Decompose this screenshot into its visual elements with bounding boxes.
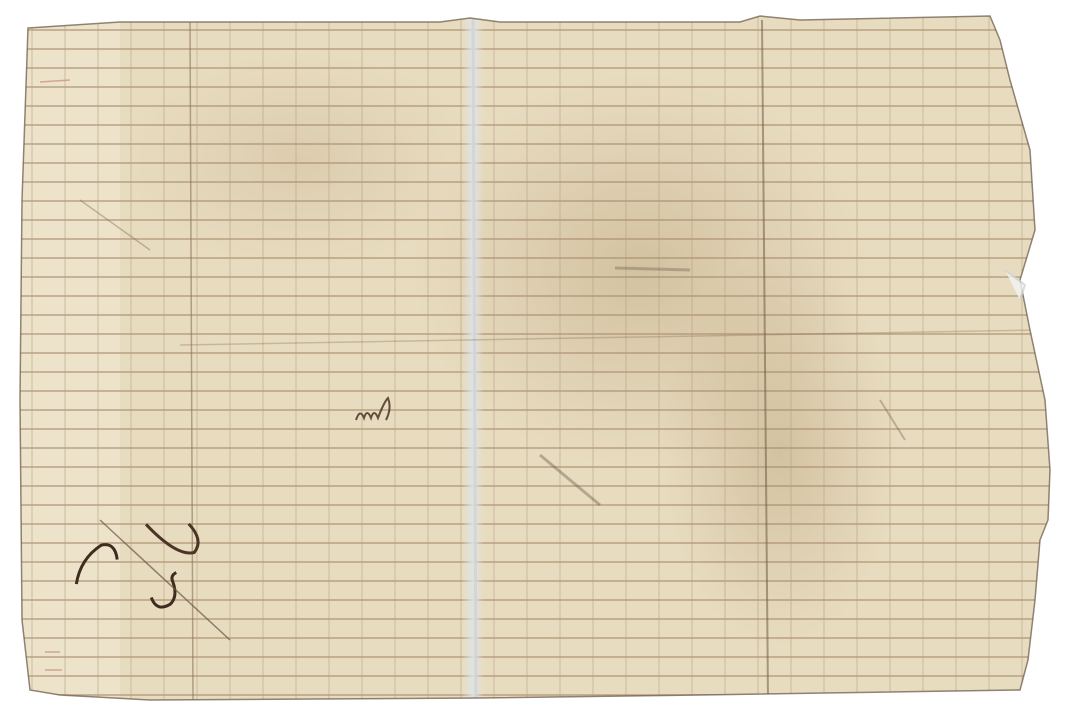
grid-ruling	[0, 0, 1080, 725]
paper-sheet	[0, 0, 1080, 725]
scanned-document	[0, 0, 1080, 725]
paper-scan	[0, 0, 1080, 725]
